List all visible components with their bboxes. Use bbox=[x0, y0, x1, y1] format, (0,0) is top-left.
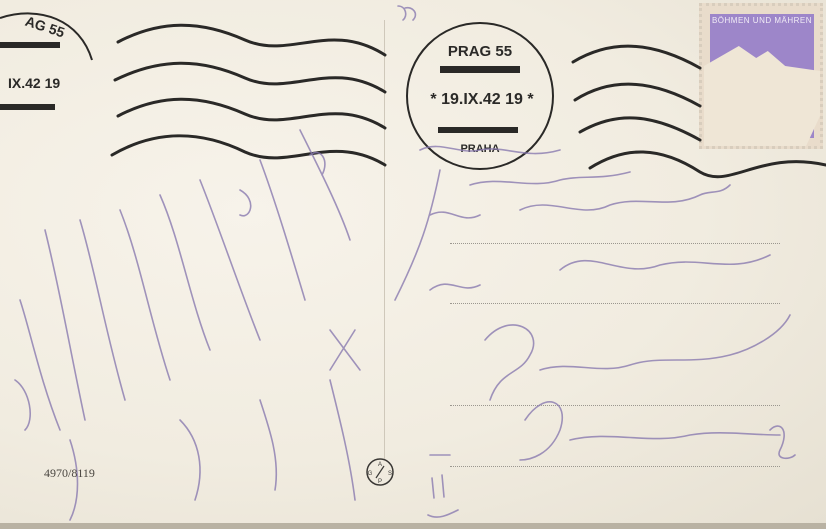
publisher-monogram-icon: A G S P bbox=[367, 459, 393, 485]
svg-text:IX.42 19: IX.42 19 bbox=[8, 75, 60, 91]
handwritten-address bbox=[395, 146, 795, 460]
postcard-back: BÖHMEN UND MÄHREN IX.42 19 AG 55 bbox=[0, 0, 826, 529]
svg-text:G: G bbox=[368, 471, 373, 477]
svg-text:AG 55: AG 55 bbox=[23, 13, 67, 41]
wavy-cancellation-left bbox=[112, 25, 385, 165]
svg-text:PRAG 55: PRAG 55 bbox=[448, 43, 512, 60]
svg-text:A: A bbox=[378, 462, 382, 468]
handwritten-message bbox=[15, 130, 360, 520]
svg-text:P: P bbox=[378, 479, 382, 485]
catalog-number: 4970/8119 bbox=[44, 466, 95, 481]
svg-text:* 19.IX.42 19 *: * 19.IX.42 19 * bbox=[430, 91, 534, 108]
corner-mark bbox=[398, 6, 458, 517]
postmark-and-handwriting-layer: IX.42 19 AG 55 PRAG 55 * 19.IX.42 19 * P… bbox=[0, 0, 826, 529]
svg-text:S: S bbox=[388, 471, 392, 477]
wavy-cancellation-right bbox=[573, 46, 826, 177]
postmark-left: IX.42 19 AG 55 bbox=[0, 13, 92, 110]
